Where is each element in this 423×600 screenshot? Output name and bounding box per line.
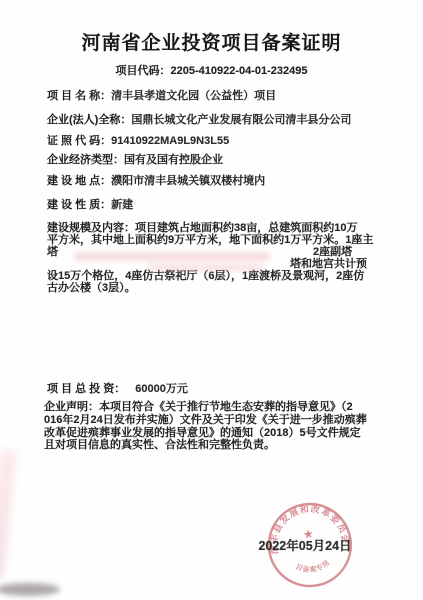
field-row-economic-type: 企业经济类型：国有及国有控股企业 — [47, 151, 223, 167]
license-code-value: 91410922MA9L9N3L55 — [111, 135, 229, 147]
page-title: 河南省企业投资项目备案证明 — [0, 28, 423, 55]
scale-label: 建设规模及内容： — [47, 222, 135, 234]
scale-line-1: 建设规模及内容：项目建筑占地面积约38亩，总建筑面积约10万 — [47, 222, 383, 234]
construction-site-value: 濮阳市清丰县城关镇双楼村境内 — [111, 175, 265, 187]
scale-line-3-left: 塔 — [47, 246, 58, 258]
construction-nature-value: 新建 — [111, 199, 133, 211]
scale-line-6: 古办公楼（3层）。 — [47, 282, 383, 294]
declaration-line-4: 且对项目信息的真实性、合法性和完整性负责。 — [44, 439, 389, 452]
economic-type-value: 国有及国有控股企业 — [124, 154, 223, 166]
scale-line-3-right: 2座副塔 — [313, 246, 352, 258]
project-name-label: 项 目 名 称： — [47, 90, 111, 102]
redaction-smudge — [75, 252, 270, 261]
scan-smudge-pink — [0, 450, 17, 579]
field-row-enterprise-name: 企业(法人)全称：国鼎长城文化产业发展有限公司清丰县分公司 — [47, 111, 351, 127]
declaration-line-2: 016年2月24日发布并实施）文件及关于印发《关于进一步推动殡葬 — [44, 414, 389, 427]
project-code-label: 项目代码： — [115, 65, 170, 77]
scale-line-2: 平方米，其中地上面积约9万平方米，地下面积约1万平方米。1座主 — [47, 234, 383, 246]
scale-line-1-text: 项目建筑占地面积约38亩，总建筑面积约10万 — [135, 222, 357, 234]
scale-line-4-right: 塔和地宫共计预 — [290, 258, 367, 270]
field-row-project-name: 项 目 名 称：清丰县孝道文化园（公益性）项目 — [47, 87, 276, 103]
construction-nature-label: 建 设 性 质： — [47, 199, 111, 211]
scan-smudge-dark — [0, 583, 60, 596]
total-investment-label: 项 目 总 投 资： — [47, 383, 125, 395]
field-row-construction-site: 建 设 地 点：濮阳市清丰县城关镇双楼村境内 — [47, 172, 265, 188]
project-name-value: 清丰县孝道文化园（公益性）项目 — [111, 90, 276, 102]
certificate-page: 河南省企业投资项目备案证明 项目代码：2205-410922-04-01-232… — [0, 0, 423, 600]
enterprise-name-label: 企业(法人)全称： — [47, 114, 131, 126]
field-row-construction-nature: 建 设 性 质：新建 — [47, 196, 133, 212]
license-code-label: 证 照 代 码： — [47, 135, 111, 147]
project-code-value: 2205-410922-04-01-232495 — [170, 65, 307, 77]
field-row-total-investment: 项 目 总 投 资：60000万元 — [47, 380, 188, 396]
declaration-line-1-text: 本项目符合《关于推行节地生态安葬的指导意见》（2 — [99, 401, 353, 413]
economic-type-label: 企业经济类型： — [47, 154, 124, 166]
project-code-line: 项目代码：2205-410922-04-01-232495 — [0, 62, 423, 78]
declaration-label: 企业声明： — [44, 401, 99, 413]
field-row-license-code: 证 照 代 码：91410922MA9L9N3L55 — [47, 132, 229, 148]
construction-site-label: 建 设 地 点： — [47, 175, 111, 187]
total-investment-value: 60000万元 — [135, 383, 188, 395]
declaration-section: 企业声明：本项目符合《关于推行节地生态安葬的指导意见》（2 016年2月24日发… — [44, 401, 389, 452]
seal-date: 2022年05月24日 — [251, 536, 359, 554]
redaction-smudge — [148, 263, 263, 272]
declaration-line-1: 企业声明：本项目符合《关于推行节地生态安葬的指导意见》（2 — [44, 401, 389, 414]
enterprise-name-value: 国鼎长城文化产业发展有限公司清丰县分公司 — [131, 114, 351, 126]
declaration-line-3: 改革促进殡葬事业发展的指导意见》的通知（2018）5号文件规定 — [44, 427, 389, 440]
